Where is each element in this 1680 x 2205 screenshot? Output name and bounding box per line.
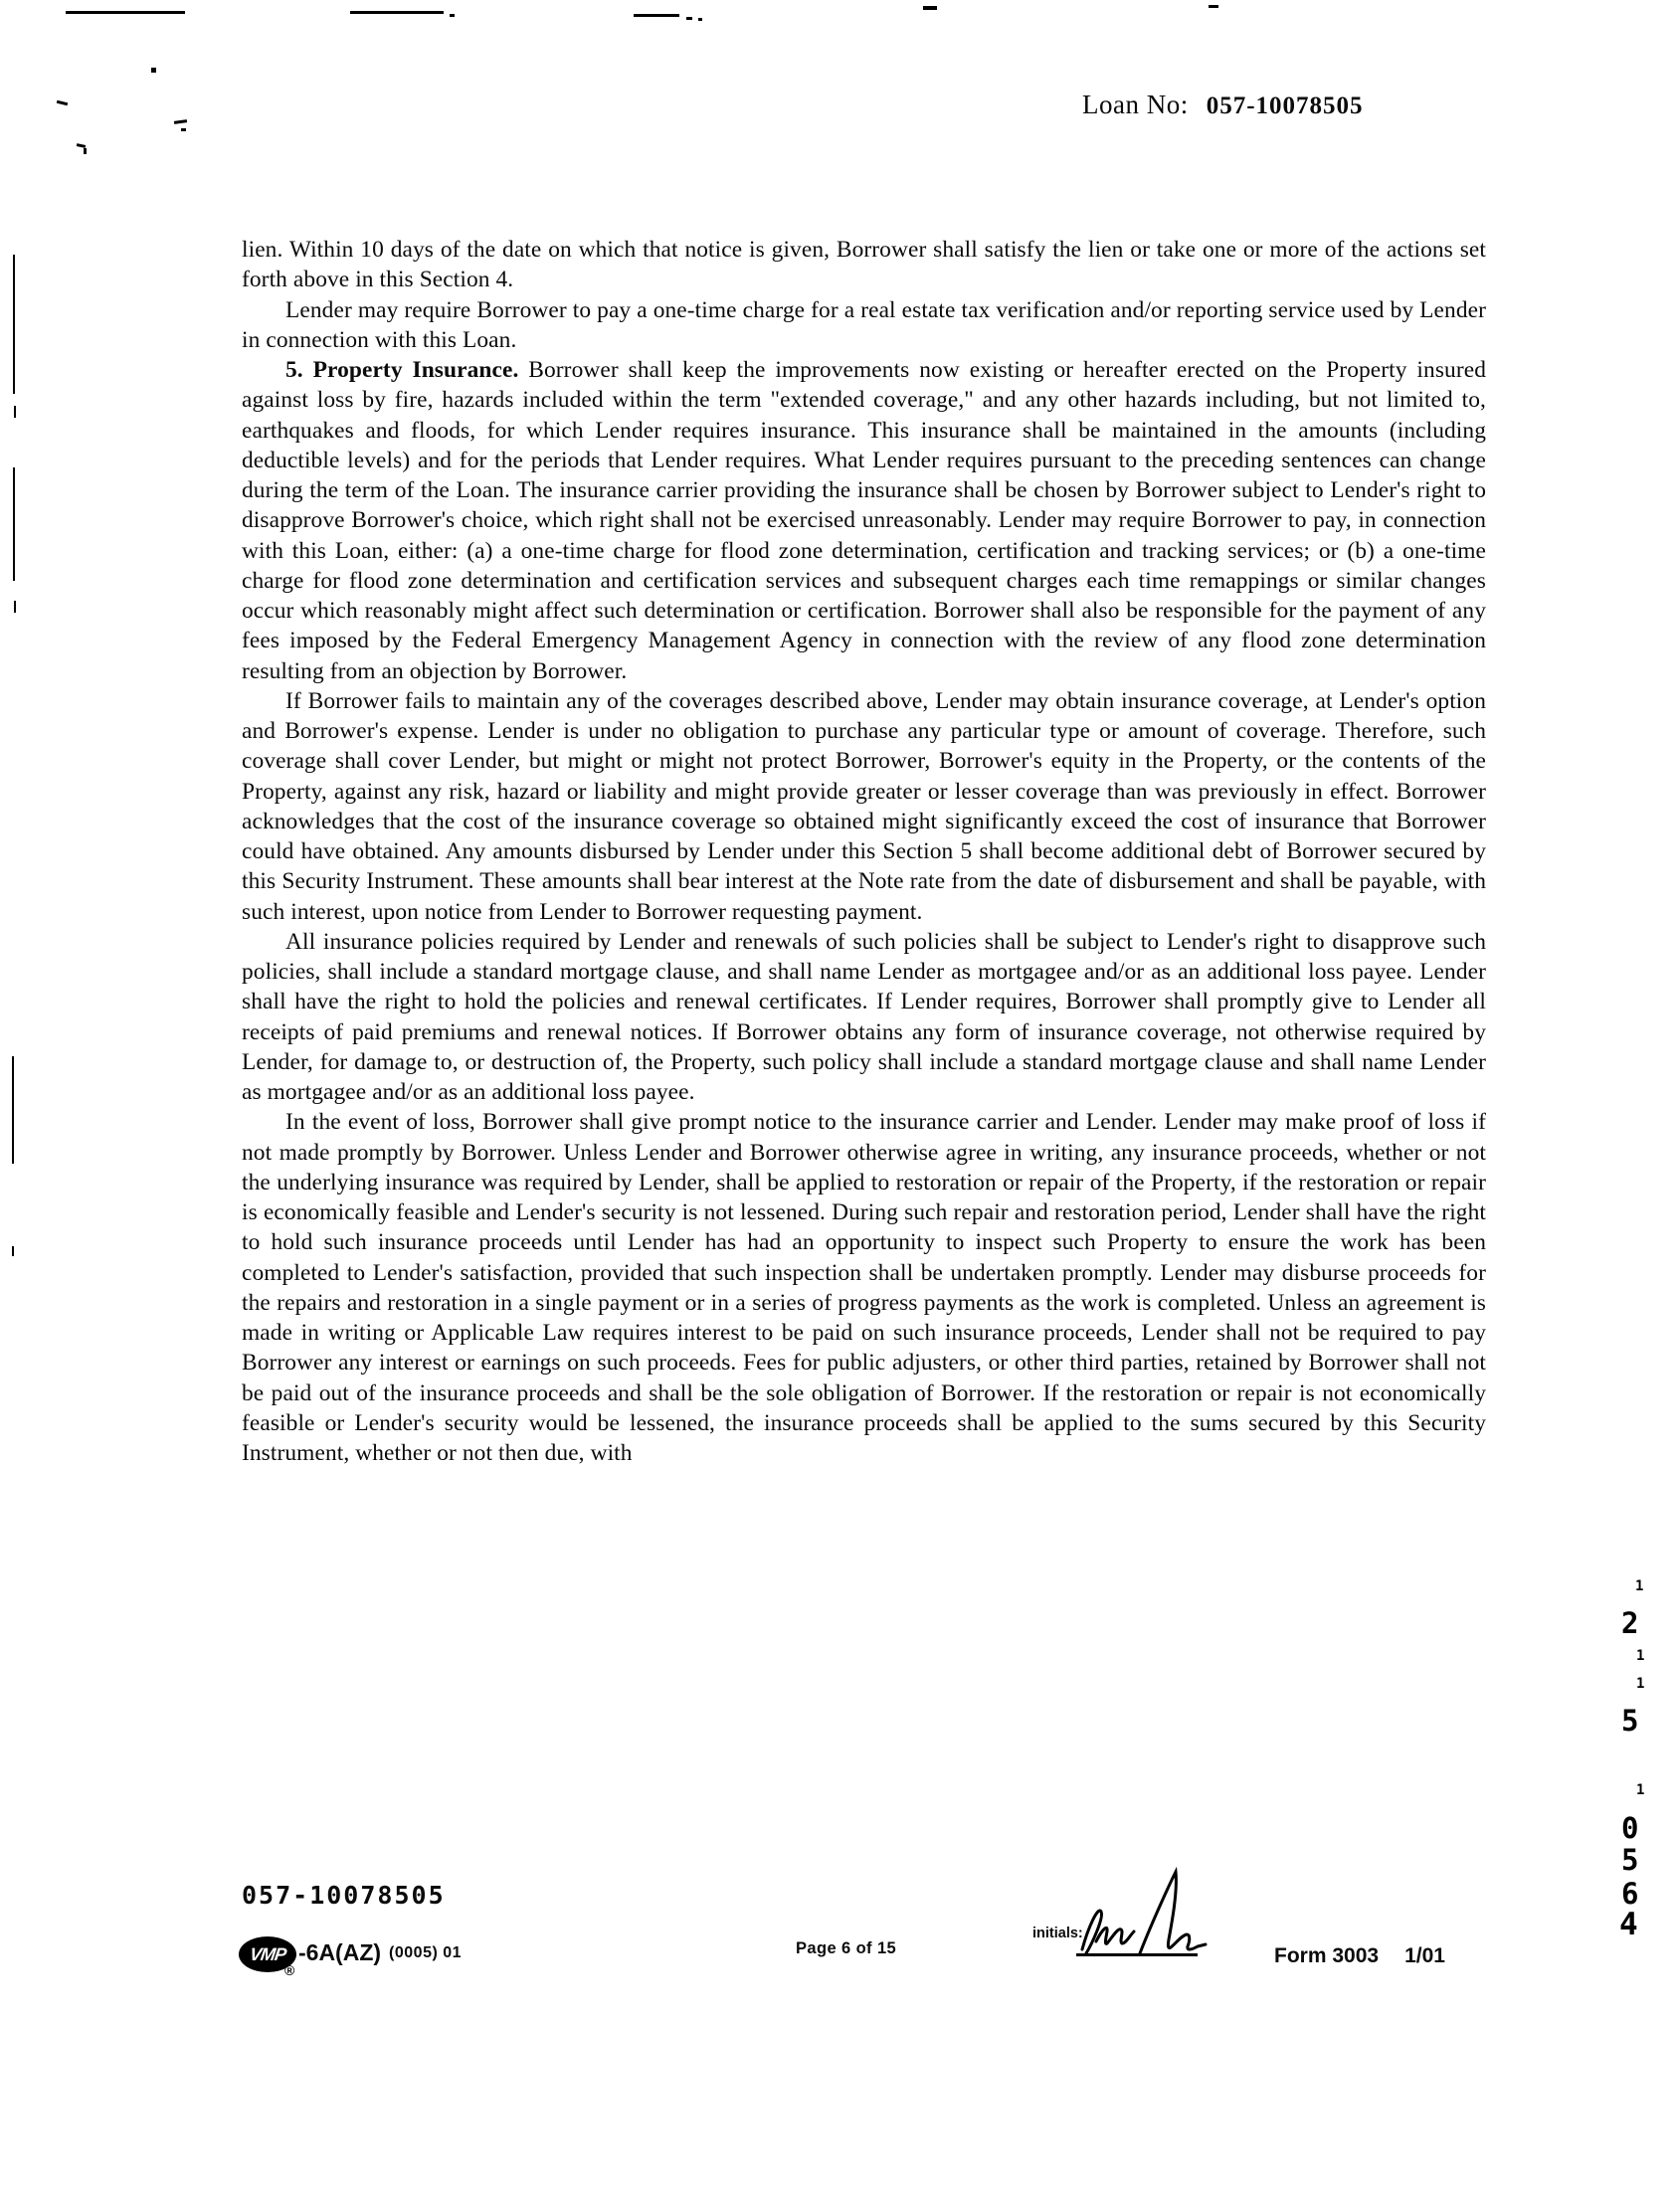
edge-digit: 1 [1636, 1783, 1644, 1797]
vmp-form-code-line: VMP ® -6A(AZ) (0005) 01 [239, 1936, 462, 1972]
margin-line [13, 255, 15, 394]
section5-text: Borrower shall keep the improvements now… [242, 357, 1486, 684]
scan-speck [151, 68, 156, 73]
form-revision: 1/01 [1404, 1944, 1445, 1967]
margin-line [13, 467, 15, 581]
edge-digit: 5 [1621, 1846, 1638, 1875]
scan-speck [57, 100, 68, 106]
paragraph-section5-property-insurance: 5. Property Insurance. Borrower shall ke… [242, 355, 1486, 686]
paragraph-event-of-loss: In the event of loss, Borrower shall giv… [242, 1107, 1486, 1468]
scan-dash [1209, 5, 1218, 8]
paragraph-insurance-policies: All insurance policies required by Lende… [242, 927, 1486, 1108]
scan-speck [84, 148, 87, 154]
margin-tick [14, 406, 16, 418]
loan-number-value: 057-10078505 [1207, 92, 1364, 119]
page-indicator: Page 6 of 15 [796, 1939, 896, 1958]
margin-tick [12, 1246, 14, 1256]
form-number: Form 3003 [1274, 1944, 1379, 1967]
scan-dash [923, 6, 937, 10]
edge-digit: 1 [1635, 1579, 1643, 1593]
margin-tick [14, 601, 16, 613]
edge-digit: 6 [1621, 1880, 1638, 1909]
scan-dash [634, 14, 679, 17]
edge-digit: 1 [1636, 1677, 1644, 1691]
initials-signature [1068, 1866, 1227, 1965]
scan-dash [450, 14, 455, 17]
margin-line [12, 1056, 14, 1164]
scan-dash [686, 17, 692, 20]
edge-digit: 5 [1621, 1707, 1638, 1736]
document-body: lien. Within 10 days of the date on whic… [242, 235, 1486, 1468]
scan-dash [66, 11, 185, 14]
vmp-logo-text: VMP [249, 1944, 287, 1965]
edge-digit: 0 [1621, 1814, 1638, 1843]
paragraph-lien-continuation: lien. Within 10 days of the date on whic… [242, 235, 1486, 295]
scan-dash [698, 18, 702, 21]
initials-block: initials: [1032, 1870, 1212, 1964]
scan-speck [181, 128, 186, 131]
paragraph-borrower-fails-coverage: If Borrower fails to maintain any of the… [242, 686, 1486, 927]
paragraph-tax-verification: Lender may require Borrower to pay a one… [242, 295, 1486, 356]
loan-number-header: Loan No:057-10078505 [1082, 90, 1364, 120]
edge-digit: 1 [1636, 1649, 1644, 1663]
edge-digit: 4 [1619, 1910, 1638, 1940]
scan-speck [174, 119, 187, 124]
vmp-form-code-suffix: (0005) 01 [389, 1944, 462, 1962]
loan-label: Loan No: [1082, 90, 1189, 119]
edge-digit: 2 [1621, 1609, 1638, 1638]
form-number-line: Form 30031/01 [1274, 1944, 1445, 1968]
section5-heading: 5. Property Insurance. [285, 357, 518, 383]
scanned-document-page: { "header": { "loan_label": "Loan No:", … [0, 0, 1680, 2205]
footer-loan-number: 057-10078505 [242, 1881, 446, 1910]
vmp-form-code: -6A(AZ) [298, 1939, 381, 1966]
scan-dash [350, 11, 444, 14]
